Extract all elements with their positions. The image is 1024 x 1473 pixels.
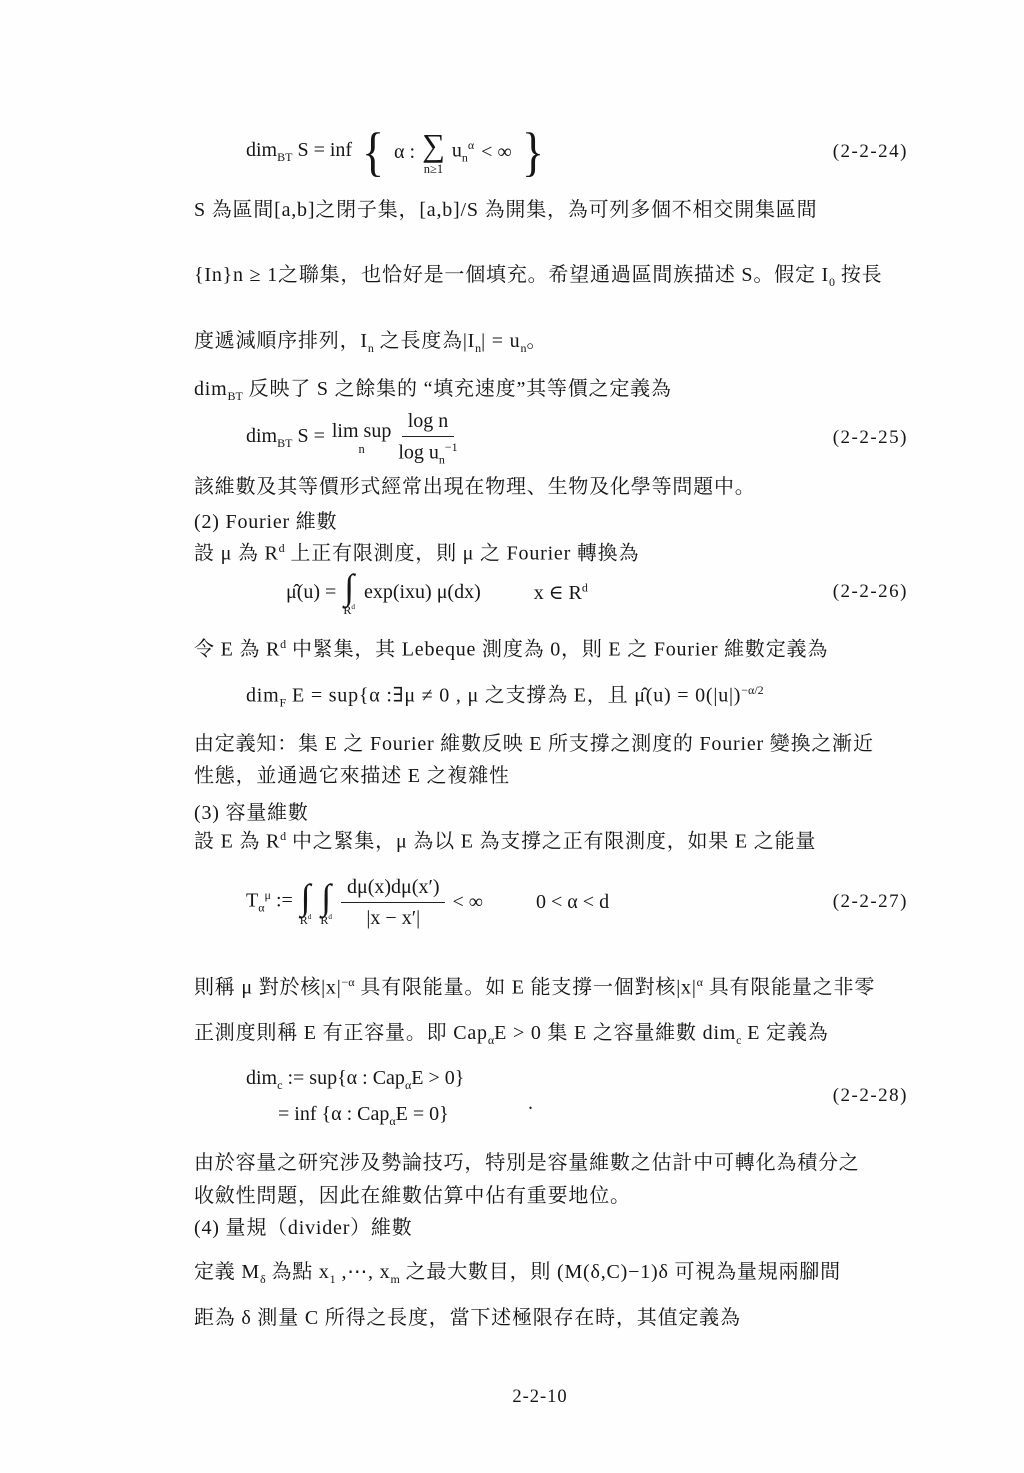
body-text-line: 正測度則稱 E 有正容量。即 CapαE > 0 集 E 之容量維數 dimc … — [194, 1020, 918, 1048]
integral-lower-limit: Rd — [343, 604, 355, 616]
integral-icon: ∫ — [301, 879, 311, 915]
equation-number: (2-2-25) — [833, 427, 908, 449]
left-brace: { — [362, 128, 384, 177]
integral-icon: ∫ — [321, 879, 331, 915]
sum-icon: ∑ — [422, 129, 445, 161]
display-equation-2-2-28: dimc := sup{α : CapαE > 0} = inf {α : Ca… — [194, 1067, 910, 1125]
body-text-line: 設 E 為 Rd 中之緊集，μ 為以 E 為支撐之正有限測度，如果 E 之能量 — [194, 828, 918, 856]
eq-2-2-26-condition: x ∈ Rd — [534, 580, 588, 605]
section-heading-divider: (4) 量規（divider）維數 — [194, 1215, 918, 1242]
body-text-line: 由定義知：集 E 之 Fourier 維數反映 E 所支撐之測度的 Fourie… — [194, 731, 918, 758]
equation-number: (2-2-26) — [833, 581, 908, 603]
body-text-line: 距為 δ 測量 C 所得之長度，當下述極限存在時，其值定義為 — [194, 1305, 918, 1332]
eq-2-2-28-line1: dimc := sup{α : CapαE > 0} — [246, 1067, 910, 1093]
page-number: 2-2-10 — [440, 1387, 640, 1408]
body-text-line: 度遞減順序排列，In 之長度為|In| = un。 — [194, 328, 918, 356]
body-text-line: 則稱 μ 對於核|x|−α 具有限能量。如 E 能支撐一個對核|x|α 具有限能… — [194, 974, 918, 1002]
body-text-line: 令 E 為 Rd 中緊集，其 Lebeque 測度為 0，則 E 之 Fouri… — [194, 636, 918, 664]
eq-2-2-24-term: unα — [452, 138, 474, 166]
limsup-subscript: n — [358, 443, 364, 456]
eq-2-2-25-lhs: dimBT S = — [246, 425, 325, 451]
body-text-line: 該維數及其等價形式經常出現在物理、生物及化學等問題中。 — [194, 474, 918, 501]
body-text-line: 定義 Mδ 為點 x1 ,⋯, xm 之最大數目，則 (M(δ,C)−1)δ 可… — [194, 1259, 918, 1287]
summation-operator: ∑ n≥1 — [422, 129, 445, 176]
eq-2-2-24-alpha: α : — [394, 141, 415, 164]
integral-operator: ∫ Rd — [320, 879, 332, 926]
fraction: log n log un−1 — [398, 409, 457, 467]
body-text-line: 性態，並通過它來描述 E 之複雜性 — [194, 763, 918, 790]
integral-operator: ∫ Rd — [343, 569, 355, 616]
eq-2-2-24-lhs: dimBT S = inf — [246, 139, 352, 165]
eq-2-2-28-line2: = inf {α : CapαE = 0} — [278, 1103, 910, 1129]
integral-lower-limit: Rd — [300, 914, 312, 926]
eq-2-2-24-tail: < ∞ — [481, 141, 512, 164]
body-text-line: 收斂性問題，因此在維數估算中佔有重要地位。 — [194, 1183, 918, 1210]
eq-2-2-27-tail: < ∞ — [452, 891, 483, 914]
integral-lower-limit: Rd — [320, 914, 332, 926]
body-text-line: dimBT 反映了 S 之餘集的 “填充速度”其等價之定義為 — [194, 376, 918, 404]
display-equation-2-2-24: dimBT S = inf { α : ∑ n≥1 unα < ∞ } (2-2… — [194, 120, 910, 184]
eq-2-2-27-lhs: Tαμ := — [246, 888, 293, 916]
body-text-line: 由於容量之研究涉及勢論技巧，特別是容量維數之估計中可轉化為積分之 — [194, 1150, 918, 1177]
display-equation-2-2-26: μ̂(u) = ∫ Rd exp(ixu) μ(dx) x ∈ Rd (2-2-… — [194, 564, 910, 620]
integral-operator: ∫ Rd — [300, 879, 312, 926]
display-equation-2-2-25: dimBT S = lim sup n log n log un−1 (2-2-… — [194, 410, 910, 466]
document-page: dimBT S = inf { α : ∑ n≥1 unα < ∞ } (2-2… — [0, 0, 1024, 1473]
eq-2-2-26-lhs: μ̂(u) = — [286, 581, 336, 604]
sum-lower-limit: n≥1 — [424, 163, 443, 176]
limsup-text: lim sup — [332, 421, 391, 441]
equation-number: (2-2-24) — [833, 141, 908, 163]
eq-2-2-27-condition: 0 < α < d — [536, 891, 609, 914]
fraction-denominator: log un−1 — [398, 437, 457, 467]
stray-mark: . — [528, 1092, 533, 1115]
equation-number: (2-2-27) — [833, 891, 908, 913]
section-heading-fourier: (2) Fourier 維數 — [194, 509, 918, 536]
section-heading-capacity: (3) 容量維數 — [194, 800, 918, 827]
fraction-denominator: |x − x′| — [366, 903, 420, 930]
body-text-line: {In}n ≥ 1之聯集，也恰好是一個填充。希望通過區間族描述 S。假定 I0 … — [194, 262, 918, 290]
eq-2-2-26-integrand: exp(ixu) μ(dx) — [364, 581, 481, 604]
fraction-numerator: log n — [402, 409, 455, 437]
display-equation-2-2-27: Tαμ := ∫ Rd ∫ Rd dμ(x)dμ(x′) |x − x′| < … — [194, 866, 910, 938]
fraction-numerator: dμ(x)dμ(x′) — [341, 875, 445, 903]
display-equation-fourier-dim: dimF E = sup{α :∃μ ≠ 0 , μ 之支撐為 E，且 μ̂(u… — [246, 682, 970, 711]
right-brace: } — [522, 128, 544, 177]
equation-number: (2-2-28) — [833, 1085, 908, 1107]
limsup-operator: lim sup n — [332, 421, 391, 456]
fraction: dμ(x)dμ(x′) |x − x′| — [341, 875, 445, 930]
integral-icon: ∫ — [344, 569, 354, 605]
body-text-line: S 為區間[a,b]之閉子集，[a,b]/S 為開集，為可列多個不相交開集區間 — [194, 197, 918, 224]
